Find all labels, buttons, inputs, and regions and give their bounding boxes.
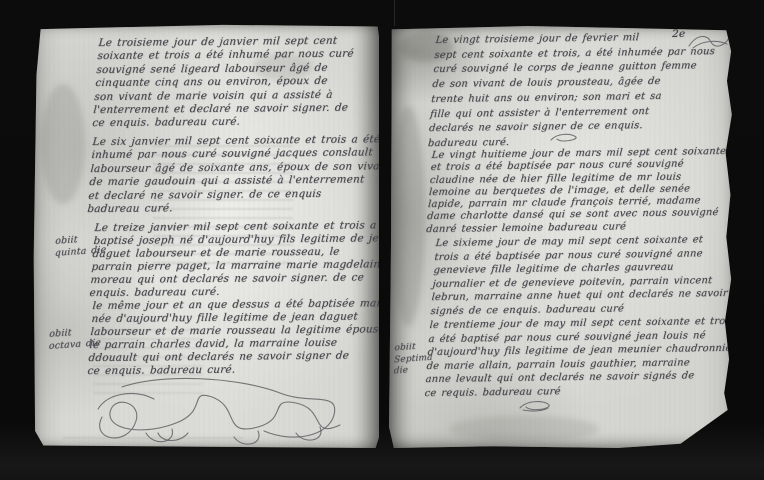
margin-note-obiit-octava-die: obiitoctava die xyxy=(49,325,102,352)
paper-stain xyxy=(391,106,425,326)
manuscript-scan: Le troisieme jour de janvier mil sept ce… xyxy=(0,0,764,480)
paper-stain xyxy=(41,84,85,204)
margin-note-obiit-quinta-die: obiitquinta die xyxy=(55,232,107,259)
baptism-entry-marie: le même jour et an que dessus a été bapt… xyxy=(87,297,392,377)
binding-gutter xyxy=(394,0,395,26)
paper-stain xyxy=(449,416,599,442)
left-page: Le troisieme jour de janvier mil sept ce… xyxy=(33,24,379,448)
baptism-entry-claudine: Le vingt huitieme jour de mars mil sept … xyxy=(426,146,727,236)
margin-note-obiit-septima-die: obiitSeptimadie xyxy=(393,341,433,378)
burial-entry-6-january: Le six janvier mil sept cent soixante et… xyxy=(87,133,394,216)
manuscript-line: ce enquis. badureau curé. xyxy=(92,115,349,131)
burial-entry-jeanne-guitton: Le vingt troisieme jour de fevrier milse… xyxy=(427,30,716,152)
baptism-entry-anne-genevieve: Le sixieme jour de may mil sept cent soi… xyxy=(430,233,732,319)
manuscript-line: ce enquis. badureau curé. xyxy=(87,362,387,378)
baptism-entry-jean-louis: le trentieme jour de may mil sept cent s… xyxy=(424,314,754,400)
baptism-entry-joseph: Le treize janvier mil sept cent soixante… xyxy=(89,219,399,299)
manuscript-line: badureau curé. xyxy=(87,200,389,216)
end-flourish xyxy=(517,399,553,413)
paraph-flourish xyxy=(88,369,353,449)
burial-entry-3-january: Le troisieme jour de janvier mil sept ce… xyxy=(92,35,356,131)
right-page: 2e Le vingt troisieme jour de fevrier mi… xyxy=(389,26,736,448)
